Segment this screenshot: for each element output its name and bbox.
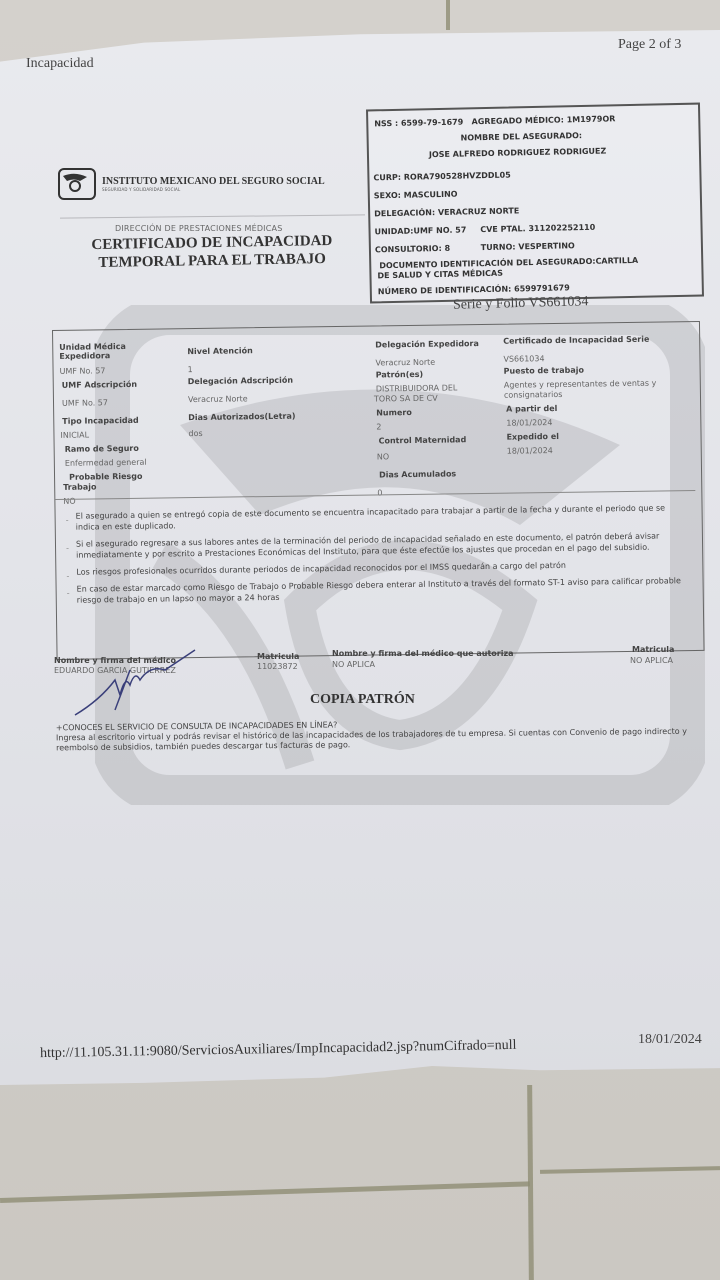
ramo-seguro-label: Ramo de Seguro bbox=[65, 444, 139, 454]
note-item: En caso de estar marcado como Riesgo de … bbox=[77, 575, 687, 606]
curp-row: CURP: RORA790528HVZDDL05 bbox=[373, 171, 510, 183]
expedido-value: 18/01/2024 bbox=[507, 446, 553, 456]
note-item: El asegurado a quien se entregó copia de… bbox=[76, 502, 686, 533]
umf-adscripcion-label: UMF Adscripción bbox=[62, 380, 137, 390]
copia-patron-heading: COPIA PATRÓN bbox=[310, 692, 415, 708]
curp-label: CURP: bbox=[373, 173, 401, 183]
dias-acumulados-value: 0 bbox=[377, 488, 382, 497]
cve-label: CVE PTAL. bbox=[480, 224, 526, 234]
nivel-atencion-label: Nivel Atención bbox=[187, 346, 253, 356]
institution-name: INSTITUTO MEXICANO DEL SEGURO SOCIAL bbox=[102, 176, 325, 187]
puesto-value-1: Agentes y representantes de ventas y bbox=[504, 379, 657, 390]
consultorio-value: 8 bbox=[444, 244, 450, 253]
delegacion-row: DELEGACIÓN: VERACRUZ NORTE bbox=[374, 206, 519, 218]
patron-value-2: TORO SA DE CV bbox=[374, 394, 438, 404]
nss-row: NSS : 6599-79-1679 AGREGADO MÉDICO: 1M19… bbox=[374, 114, 615, 128]
tipo-incapacidad-label: Tipo Incapacidad bbox=[62, 416, 139, 426]
note-item: Los riesgos profesionales ocurridos dura… bbox=[76, 558, 686, 578]
dias-acumulados-label: Dias Acumulados bbox=[379, 469, 456, 479]
unidad-expedidora-label: Unidad Médica Expedidora bbox=[59, 342, 149, 361]
expedido-label: Expedido el bbox=[506, 432, 559, 442]
delegacion-expedidora-label: Delegación Expedidora bbox=[375, 339, 479, 349]
institution-header: INSTITUTO MEXICANO DEL SEGURO SOCIAL SEG… bbox=[58, 168, 325, 200]
control-maternidad-value: NO bbox=[377, 452, 389, 461]
consultorio-label: CONSULTORIO: bbox=[375, 244, 442, 254]
sexo-label: SEXO: bbox=[374, 191, 401, 201]
dias-autorizados-value: dos bbox=[188, 429, 202, 438]
unidad-label: UNIDAD: bbox=[374, 227, 413, 237]
footer-date: 18/01/2024 bbox=[638, 1032, 702, 1048]
nss-label: NSS : bbox=[374, 119, 398, 128]
puesto-value-2: consignatarios bbox=[504, 390, 563, 400]
a-partir-value: 18/01/2024 bbox=[506, 418, 552, 428]
dias-autorizados-label: Dias Autorizados(Letra) bbox=[188, 412, 295, 422]
nombre-label: NOMBRE DEL ASEGURADO: bbox=[461, 131, 583, 143]
autoriza-value: NO APLICA bbox=[332, 660, 375, 669]
numero-id-label: NÚMERO DE IDENTIFICACIÓN: bbox=[378, 285, 512, 297]
page-number: Page 2 of 3 bbox=[618, 37, 681, 53]
probable-riesgo-label-2: Trabajo bbox=[63, 482, 96, 491]
tile-grout bbox=[0, 1181, 530, 1203]
tile-grout bbox=[540, 1166, 720, 1174]
patron-label: Patrón(es) bbox=[376, 370, 424, 380]
delegacion-value: VERACRUZ NORTE bbox=[438, 206, 520, 217]
sexo-row: SEXO: MASCULINO bbox=[374, 190, 458, 201]
turno-value: VESPERTINO bbox=[518, 241, 575, 251]
document-label: Incapacidad bbox=[26, 56, 94, 72]
tile-grout bbox=[446, 0, 450, 30]
numero-id-value: 6599791679 bbox=[514, 283, 570, 293]
imss-logo-icon bbox=[58, 168, 96, 200]
insured-info-box: NSS : 6599-79-1679 AGREGADO MÉDICO: 1M19… bbox=[366, 103, 704, 304]
sexo-value: MASCULINO bbox=[404, 190, 458, 200]
certificate-details-box: Unidad Médica Expedidora UMF No. 57 UMF … bbox=[52, 321, 705, 660]
unidad-expedidora-value: UMF No. 57 bbox=[60, 366, 106, 376]
notes-list: El asegurado a quien se entregó copia de… bbox=[66, 502, 687, 612]
ramo-seguro-value: Enfermedad general bbox=[65, 458, 147, 468]
puesto-label: Puesto de trabajo bbox=[504, 366, 584, 376]
matricula2-value: NO APLICA bbox=[630, 656, 673, 665]
tipo-incapacidad-value: INICIAL bbox=[60, 430, 89, 439]
institution-tagline: SEGURIDAD Y SOLIDARIDAD SOCIAL bbox=[102, 187, 325, 192]
delegacion-adscripcion-label: Delegación Adscripción bbox=[188, 376, 293, 386]
certificate-title: CERTIFICADO DE INCAPACIDAD TEMPORAL PARA… bbox=[82, 232, 343, 273]
probable-riesgo-label-1: Probable Riesgo bbox=[69, 472, 143, 482]
signature-scribble-icon bbox=[70, 640, 200, 720]
control-maternidad-label: Control Maternidad bbox=[379, 435, 467, 445]
nivel-atencion-value: 1 bbox=[188, 365, 193, 374]
documento-line-2: DE SALUD Y CITAS MÉDICAS bbox=[377, 269, 503, 281]
agregado-label: AGREGADO MÉDICO: bbox=[472, 115, 564, 126]
direccion-label: DIRECCIÓN DE PRESTACIONES MÉDICAS bbox=[115, 224, 282, 233]
cert-serie-value: VS661034 bbox=[503, 354, 544, 364]
numero-id-row: NÚMERO DE IDENTIFICACIÓN: 6599791679 bbox=[378, 283, 570, 296]
section-divider bbox=[55, 490, 695, 500]
matricula-value: 11023872 bbox=[257, 662, 298, 671]
matricula2-label: Matricula bbox=[632, 645, 674, 654]
agregado-value: 1M1979OR bbox=[567, 114, 616, 124]
delegacion-label: DELEGACIÓN: bbox=[374, 208, 435, 218]
curp-value: RORA790528HVZDDL05 bbox=[404, 171, 511, 182]
delegacion-adscripcion-value: Veracruz Norte bbox=[188, 394, 248, 404]
numero-label: Numero bbox=[376, 408, 412, 417]
autoriza-label: Nombre y firma del médico que autoriza bbox=[332, 649, 514, 658]
a-partir-label: A partir del bbox=[506, 404, 557, 414]
unidad-row: UNIDAD:UMF NO. 57 CVE PTAL. 311202252110 bbox=[374, 223, 595, 237]
matricula-label: Matricula bbox=[257, 652, 299, 661]
delegacion-expedidora-value: Veracruz Norte bbox=[375, 358, 435, 368]
patron-value-1: DISTRIBUIDORA DEL bbox=[376, 383, 458, 393]
umf-adscripcion-value: UMF No. 57 bbox=[62, 398, 108, 408]
numero-value: 2 bbox=[376, 422, 381, 431]
turno-label: TURNO: bbox=[481, 242, 516, 252]
unidad-value: UMF NO. 57 bbox=[413, 225, 466, 235]
nombre-value: JOSE ALFREDO RODRIGUEZ RODRIGUEZ bbox=[429, 146, 606, 159]
documento-line-1: DOCUMENTO IDENTIFICACIÓN DEL ASEGURADO:C… bbox=[379, 256, 638, 270]
cve-value: 311202252110 bbox=[528, 223, 595, 233]
nss-value: 6599-79-1679 bbox=[401, 117, 463, 127]
consultorio-row: CONSULTORIO: 8 TURNO: VESPERTINO bbox=[375, 241, 575, 254]
note-item: Si el asegurado regresare a sus labores … bbox=[76, 530, 686, 561]
cert-serie-label: Certificado de Incapacidad Serie bbox=[503, 335, 649, 346]
